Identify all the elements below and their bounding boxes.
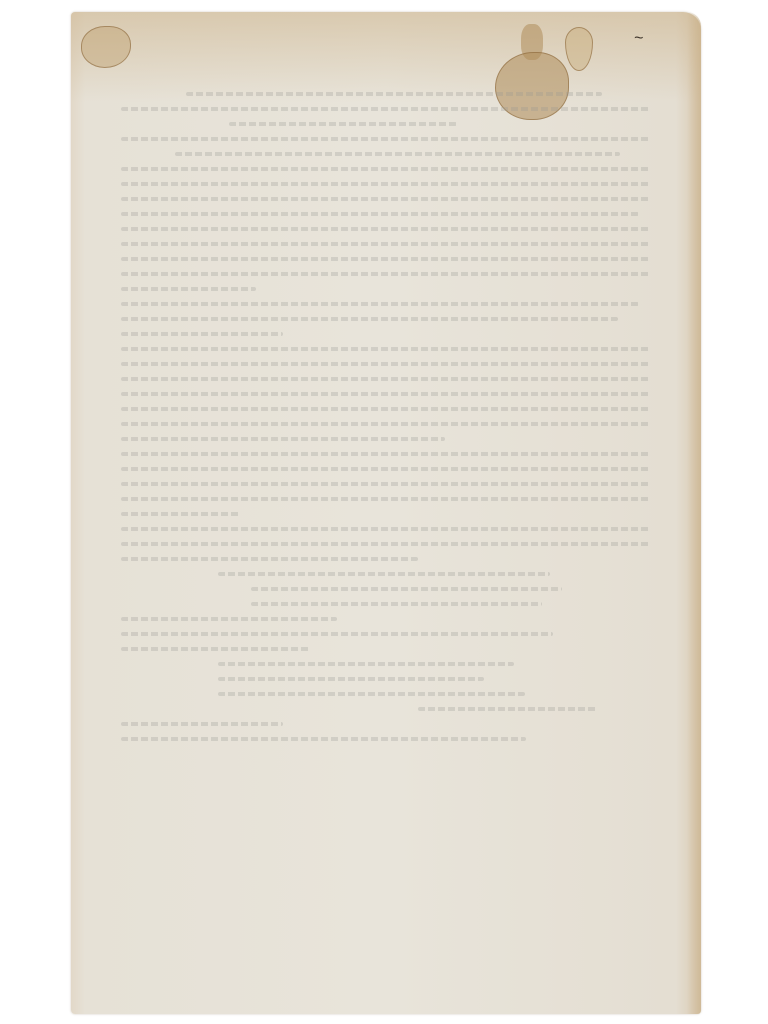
illegible-text-line [121, 452, 650, 456]
age-discoloration-right [687, 12, 701, 1014]
illegible-text-line [418, 707, 598, 711]
illegible-text-line [121, 332, 283, 336]
illegible-text-line [121, 242, 650, 246]
illegible-text-line [121, 317, 618, 321]
illegible-text-line [121, 182, 650, 186]
illegible-text-line [121, 362, 650, 366]
illegible-text-line [229, 122, 457, 126]
illegible-text-line [121, 422, 650, 426]
illegible-text-line [121, 377, 650, 381]
illegible-text-line [121, 497, 650, 501]
illegible-text-line [121, 137, 650, 141]
illegible-text-line [121, 512, 240, 516]
illegible-text-line [218, 677, 484, 681]
illegible-text-line [121, 647, 310, 651]
illegible-text-line [121, 617, 337, 621]
illegible-text-line [121, 272, 650, 276]
illegible-text-line [121, 302, 639, 306]
illegible-text-line [121, 107, 650, 111]
document-page: ~ [71, 12, 701, 1014]
illegible-text-line [121, 392, 650, 396]
illegible-text-line [186, 92, 602, 96]
illegible-text-line [121, 467, 650, 471]
illegible-text-line [121, 722, 283, 726]
illegible-text-line [121, 527, 650, 531]
illegible-text-line [218, 662, 514, 666]
bleed-through-text-block [121, 92, 661, 752]
illegible-text-line [121, 407, 650, 411]
illegible-text-line [121, 557, 418, 561]
illegible-text-line [121, 167, 650, 171]
illegible-text-line [121, 737, 526, 741]
illegible-text-line [218, 572, 550, 576]
illegible-text-line [121, 257, 650, 261]
corner-pencil-mark: ~ [634, 30, 644, 48]
illegible-text-line [251, 587, 562, 591]
illegible-text-line [121, 212, 639, 216]
illegible-text-line [121, 347, 650, 351]
illegible-text-line [121, 437, 445, 441]
illegible-text-line [121, 482, 650, 486]
illegible-text-line [121, 197, 650, 201]
age-discoloration-top [71, 12, 701, 102]
illegible-text-line [121, 632, 553, 636]
illegible-text-line [218, 692, 525, 696]
illegible-text-line [121, 287, 256, 291]
illegible-text-line [121, 542, 650, 546]
illegible-text-line [175, 152, 620, 156]
illegible-text-line [251, 602, 542, 606]
illegible-text-line [121, 227, 650, 231]
